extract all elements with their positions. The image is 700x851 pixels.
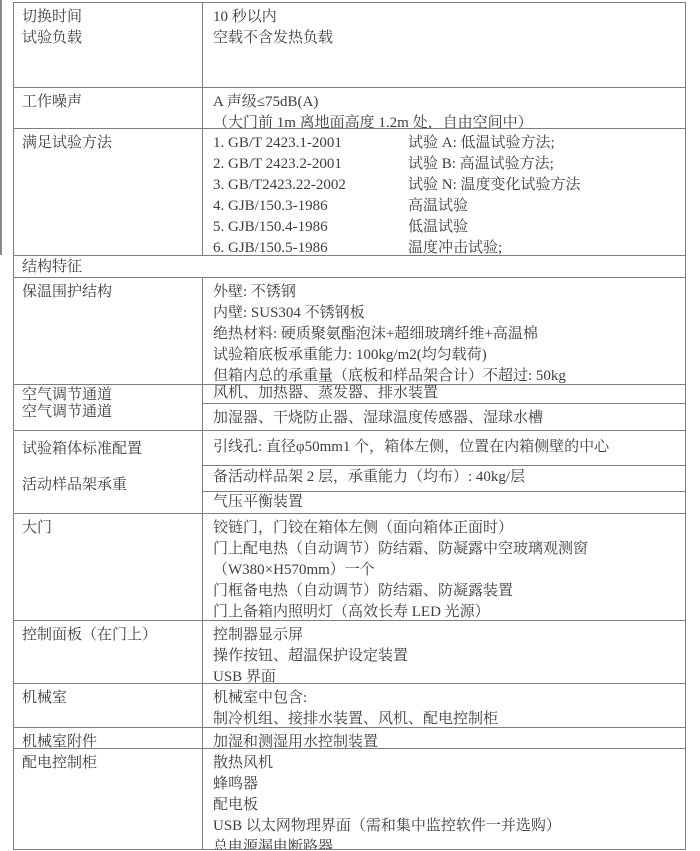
table-row: 满足试验方法 1. GB/T 2423.1-2001试验 A: 低温试验方法; … (14, 129, 685, 256)
spec-name: 机械室 (22, 688, 196, 709)
spec-name: 保温围护结构 (22, 282, 196, 303)
spec-value-cell: 铰链门，门铰在箱体左侧（面向箱体正面时） 门上配电热（自动调节）防结霜、防凝露中… (203, 514, 685, 620)
spec-name-cell: 机械室附件 (14, 728, 203, 748)
spec-value: 控制器显示屏 (213, 625, 677, 646)
table-row: 控制面板（在门上） 控制器显示屏 操作按钮、超温保护设定装置 USB 界面 (14, 621, 685, 684)
standard-code: 6. GJB/150.5-1986 (213, 238, 408, 256)
standard-code: 1. GB/T 2423.1-2001 (213, 133, 408, 154)
standard-description: 试验 A: 低温试验方法; (408, 135, 555, 151)
spec-value: 制冷机组、接排水装置、风机、配电控制柜 (213, 709, 677, 728)
spec-value: 气压平衡装置 (203, 492, 685, 514)
spec-value: 门上备箱内照明灯（高效长寿 LED 光源） (213, 602, 677, 621)
spec-value: 加湿器、干烧防止器、湿球温度传感器、湿球水槽 (203, 404, 685, 431)
spec-name-cell: 工作噪声 (14, 88, 203, 128)
spec-name-cell: 满足试验方法 (14, 129, 203, 255)
table-row: 工作噪声 A 声级≤75dB(A) （大门前 1m 离地面高度 1.2m 处，自… (14, 88, 685, 129)
table-row: 切换时间 试验负载 10 秒以内 空载不含发热负载 (14, 3, 685, 88)
standard-item: 3. GB/T2423.22-2002试验 N: 温度变化试验方法 (213, 175, 677, 196)
spec-value-cell: 加湿和测湿用水控制装置 (203, 728, 685, 748)
spec-value-cell: 引线孔: 直径φ50mm1 个，箱体左侧，位置在内箱侧壁的中心 备活动样品架 2… (203, 431, 685, 513)
standard-item: 4. GJB/150.3-1986高温试验 (213, 196, 677, 217)
spec-value: 门框备电热（自动调节）防结霜、防凝露装置 (213, 581, 677, 602)
table-row: 大门 铰链门，门铰在箱体左侧（面向箱体正面时） 门上配电热（自动调节）防结霜、防… (14, 514, 685, 621)
spec-value: 加湿和测湿用水控制装置 (213, 732, 677, 749)
spec-name: 切换时间 (22, 7, 196, 28)
spec-value: 门上配电热（自动调节）防结霜、防凝露中空玻璃观测窗（W380×H570mm）一个 (213, 539, 677, 581)
standard-description: 高温试验 (408, 198, 468, 214)
spec-value-cell: 机械室中包含: 制冷机组、接排水装置、风机、配电控制柜 (203, 684, 685, 727)
spec-name-cell: 配电控制柜 (14, 749, 203, 849)
spec-name: 试验负载 (22, 28, 196, 49)
standard-description: 试验 B: 高温试验方法; (408, 156, 554, 172)
spec-value: USB 界面 (213, 667, 677, 684)
spec-name: 工作噪声 (22, 92, 196, 113)
spec-value: 但箱内总的承重量（底板和样品架合计）不超过: 50kg (213, 366, 677, 385)
spec-value: 外壁: 不锈钢 (213, 282, 677, 303)
spec-value-cell: A 声级≤75dB(A) （大门前 1m 离地面高度 1.2m 处，自由空间中） (203, 88, 685, 128)
spec-value: 10 秒以内 (213, 7, 677, 28)
standard-item: 2. GB/T 2423.2-2001试验 B: 高温试验方法; (213, 154, 677, 175)
spec-name: 配电控制柜 (22, 753, 196, 774)
table-row: 试验箱体标准配置 活动样品架承重 引线孔: 直径φ50mm1 个，箱体左侧，位置… (14, 431, 685, 514)
spec-value: 配电板 (213, 795, 677, 816)
standard-description: 试验 N: 温度变化试验方法 (408, 177, 581, 193)
document-page: 切换时间 试验负载 10 秒以内 空载不含发热负载 工作噪声 A 声级≤75dB… (0, 0, 700, 851)
spec-name-cell: 保温围护结构 (14, 278, 203, 384)
spec-value-cell: 风机、加热器、蒸发器、排水装置 加湿器、干烧防止器、湿球温度传感器、湿球水槽 (203, 385, 685, 430)
spec-value: 机械室中包含: (213, 688, 677, 709)
spec-name-cell: 机械室 (14, 684, 203, 727)
spec-value-cell: 散热风机 蜂鸣器 配电板 USB 以太网物理界面（需和集中监控软件一并选购） 总… (203, 749, 685, 849)
spec-name: 大门 (22, 518, 196, 539)
spec-value: 操作按钮、超温保护设定装置 (213, 646, 677, 667)
spec-name: 空气调节通道 (22, 404, 196, 421)
spec-value: 空载不含发热负载 (213, 28, 677, 49)
spec-name-cell: 大门 (14, 514, 203, 620)
spec-value: 蜂鸣器 (213, 774, 677, 795)
standard-description: 温度冲击试验; (408, 240, 502, 256)
standard-item: 5. GJB/150.4-1986低温试验 (213, 217, 677, 238)
standard-item: 6. GJB/150.5-1986温度冲击试验; (213, 238, 677, 256)
table-row: 机械室附件 加湿和测湿用水控制装置 (14, 728, 685, 749)
spec-name: 机械室附件 (22, 732, 196, 749)
spec-value: 试验箱底板承重能力: 100kg/m2(均匀载荷) (213, 345, 677, 366)
spec-value: 绝热材料: 硬质聚氨酯泡沫+超细玻璃纤维+高温棉 (213, 324, 677, 345)
spec-name-cell: 试验箱体标准配置 活动样品架承重 (14, 431, 203, 513)
spec-value-cell: 控制器显示屏 操作按钮、超温保护设定装置 USB 界面 (203, 621, 685, 683)
spec-value: A 声级≤75dB(A) (213, 92, 677, 113)
spec-name: 满足试验方法 (22, 133, 196, 154)
section-header-row: 结构特征 (14, 256, 685, 278)
cropped-table-edge-line (0, 0, 2, 255)
spec-value: 铰链门，门铰在箱体左侧（面向箱体正面时） (213, 518, 677, 539)
spec-value: 备活动样品架 2 层，承重能力（均布）: 40kg/层 (203, 466, 685, 492)
section-title: 结构特征 (14, 256, 685, 277)
spec-name: 试验箱体标准配置 (22, 439, 196, 460)
spec-name: 空气调节通道 (22, 387, 196, 404)
standard-code: 5. GJB/150.4-1986 (213, 217, 408, 238)
standard-code: 4. GJB/150.3-1986 (213, 196, 408, 217)
spec-name: 活动样品架承重 (22, 475, 196, 496)
table-row: 保温围护结构 外壁: 不锈钢 内壁: SUS304 不锈钢板 绝热材料: 硬质聚… (14, 278, 685, 385)
spec-name-cell: 空气调节通道 空气调节通道 (14, 385, 203, 430)
spec-value: 引线孔: 直径φ50mm1 个，箱体左侧，位置在内箱侧壁的中心 (203, 431, 685, 466)
spec-name: 控制面板（在门上） (22, 625, 196, 646)
spec-value-cell: 10 秒以内 空载不含发热负载 (203, 3, 685, 87)
spec-value: 风机、加热器、蒸发器、排水装置 (203, 385, 685, 404)
spec-value: USB 以太网物理界面（需和集中监控软件一并选购） (213, 816, 677, 837)
spec-name-cell: 切换时间 试验负载 (14, 3, 203, 87)
standard-code: 2. GB/T 2423.2-2001 (213, 154, 408, 175)
spec-value-cell: 外壁: 不锈钢 内壁: SUS304 不锈钢板 绝热材料: 硬质聚氨酯泡沫+超细… (203, 278, 685, 384)
table-row: 配电控制柜 散热风机 蜂鸣器 配电板 USB 以太网物理界面（需和集中监控软件一… (14, 749, 685, 849)
spec-name-cell: 控制面板（在门上） (14, 621, 203, 683)
spec-table: 切换时间 试验负载 10 秒以内 空载不含发热负载 工作噪声 A 声级≤75dB… (13, 2, 686, 850)
standard-code: 3. GB/T2423.22-2002 (213, 175, 408, 196)
standard-item: 1. GB/T 2423.1-2001试验 A: 低温试验方法; (213, 133, 677, 154)
standard-description: 低温试验 (408, 219, 468, 235)
spec-value: （大门前 1m 离地面高度 1.2m 处，自由空间中） (213, 113, 677, 129)
spec-value: 总电源漏电断路器 (213, 837, 677, 849)
table-row: 空气调节通道 空气调节通道 风机、加热器、蒸发器、排水装置 加湿器、干烧防止器、… (14, 385, 685, 431)
spec-value: 散热风机 (213, 753, 677, 774)
table-row: 机械室 机械室中包含: 制冷机组、接排水装置、风机、配电控制柜 (14, 684, 685, 728)
spec-value-cell: 1. GB/T 2423.1-2001试验 A: 低温试验方法; 2. GB/T… (203, 129, 685, 255)
spec-value: 内壁: SUS304 不锈钢板 (213, 303, 677, 324)
